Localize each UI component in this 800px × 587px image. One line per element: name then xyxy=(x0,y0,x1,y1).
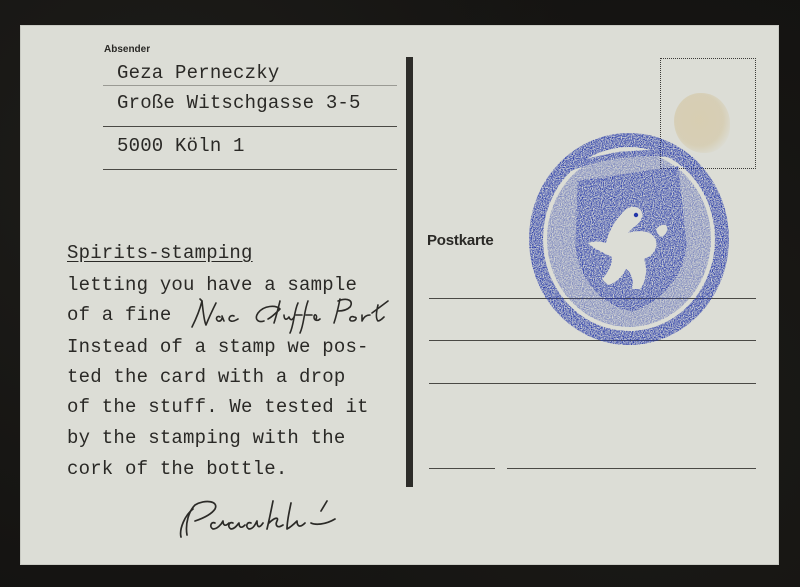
sender-street: Große Witschgasse 3-5 xyxy=(117,94,361,113)
message-line: ted the card with a drop xyxy=(67,368,345,387)
vertical-divider xyxy=(406,57,413,487)
address-line-4-postcode xyxy=(429,468,495,469)
message-title: Spirits-stamping xyxy=(67,244,253,263)
message-line: of a fine xyxy=(67,306,171,325)
sender-rule-3 xyxy=(103,169,397,170)
address-line-3 xyxy=(429,383,756,384)
sender-name: Geza Perneczky xyxy=(117,64,279,83)
postcard: Absender Geza Perneczky Große Witschgass… xyxy=(20,25,779,565)
sender-label: Absender xyxy=(104,44,150,55)
postkarte-heading: Postkarte xyxy=(427,232,494,249)
message-line: Instead of a stamp we pos- xyxy=(67,338,369,357)
sender-city: 5000 Köln 1 xyxy=(117,137,245,156)
sender-rule-2 xyxy=(103,126,397,127)
address-line-4-city xyxy=(507,468,756,469)
lion-seal-icon xyxy=(528,133,731,345)
handwritten-insert xyxy=(190,291,422,335)
sender-rule-1 xyxy=(103,85,397,86)
message-line: by the stamping with the xyxy=(67,429,345,448)
message-line: of the stuff. We tested it xyxy=(67,398,369,417)
message-line: cork of the bottle. xyxy=(67,460,287,479)
signature xyxy=(175,493,375,543)
